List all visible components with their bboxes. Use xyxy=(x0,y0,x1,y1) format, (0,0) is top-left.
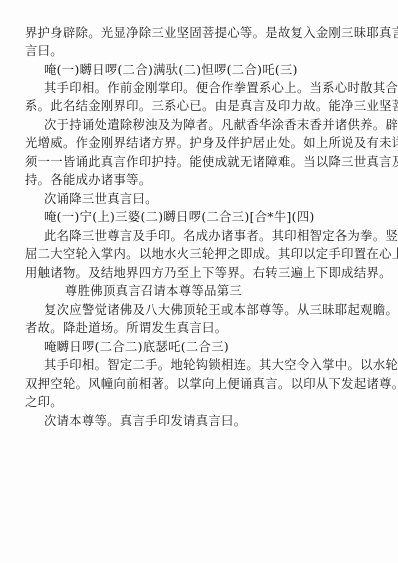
text-line: 持。各能成办诸事等。 xyxy=(25,172,375,188)
text-line: 者故。降赴道场。所谓发生真言曰。 xyxy=(25,320,375,336)
mantra-line: 唵(一)嚩日啰(二合)满驮(二)怛啰(二合)吒(三) xyxy=(44,62,394,78)
document-page: 界护身辟除。光显净除三业坚固菩提心等。是故复入金刚三昧耶真言及印。真 言曰。 唵… xyxy=(0,0,398,563)
text-line: 复次应警觉诸佛及八大佛顶轮王或本部尊等。从三昧耶起观瞻。愍念真言 xyxy=(44,302,394,318)
section-title: 尊胜佛顶真言召请本尊等品第三 xyxy=(65,283,398,299)
text-line: 系。此名结金刚界印。三系心已。由是真言及印力故。能净三业坚菩提心。 xyxy=(25,98,375,114)
text-line: 之印。 xyxy=(25,394,375,410)
text-line: 次请本尊等。真言手印发请真言曰。 xyxy=(44,413,394,429)
text-line: 其手印相。作前金刚掌印。便合作拳置系心上。当系心时散其合拳双下三 xyxy=(44,80,394,96)
text-line: 须一一皆诵此真言作印护持。能使成就无诸障难。当以降三世真言及手印而加 xyxy=(25,154,375,170)
text-line: 界护身辟除。光显净除三业坚固菩提心等。是故复入金刚三昧耶真言及印。真 xyxy=(25,25,375,41)
text-line: 用触诸物。及结地界四方乃至上下等界。右转三遍上下即成结界。 xyxy=(25,265,375,281)
text-line: 双押空轮。风幢向前相著。以掌向上便诵真言。以印从下发起诸尊。是名发生 xyxy=(25,376,375,392)
text-line: 屈二大空轮入掌内。以地水火三轮押之即成。其印以定手印置在心上。以智印 xyxy=(25,246,375,262)
mantra-line: 唵(一)宁(上)三婆(二)嚩日啰(二合三)[合*牛](四) xyxy=(44,209,394,225)
text-line: 此名降三世尊言及手印。名成办诸事者。其印相智定各为拳。竖其风幢。 xyxy=(44,228,394,244)
text-line: 言曰。 xyxy=(25,43,375,59)
text-line: 光增威。作金刚界结诸方界。护身及伴护居止处。如上所说及有未详。临事要 xyxy=(25,135,375,151)
text-line: 其手印相。智定二手。地轮钩锁相连。其大空令入掌中。以水轮及以火轮 xyxy=(44,357,394,373)
text-line: 次诵降三世真言曰。 xyxy=(44,191,394,207)
text-line: 次于持诵处遣除秽浊及为障者。凡献香华涂香末香并诸供养。辟除去垢发 xyxy=(44,117,394,133)
mantra-line: 唵嚩日啰(二合二)底瑟吒(二合三) xyxy=(44,339,394,355)
